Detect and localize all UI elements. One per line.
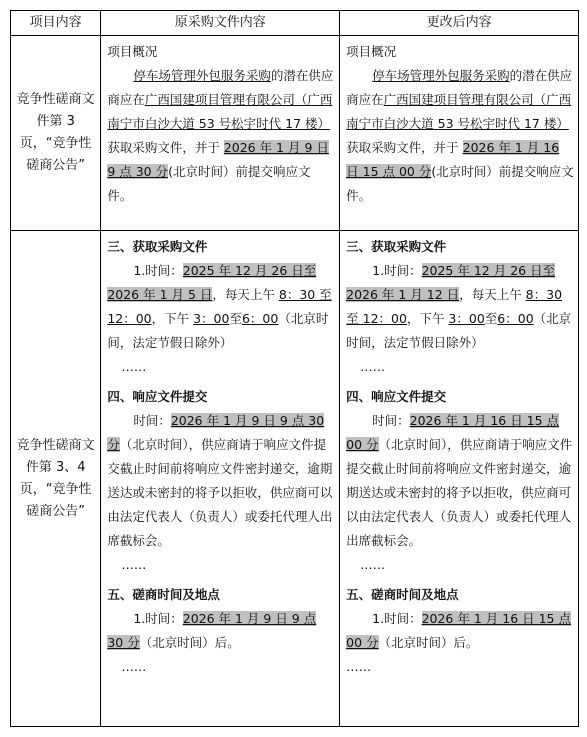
changed-cell: 三、获取采购文件 1.时间：2025 年 12 月 26 日至 2026 年 1…: [340, 231, 579, 727]
paragraph: 1.时间：2026 年 1 月 16 日 15 点 00 分（北京时间）后。: [346, 607, 574, 655]
paragraph: 1.时间：2025 年 12 月 26 日至 2026 年 1 月 12 日，每…: [346, 259, 574, 355]
ellipsis: ……: [107, 655, 335, 679]
change-comparison-table: 项目内容 原采购文件内容 更改后内容 竞争性磋商文件第 3 页，“竞争性磋商公告…: [10, 10, 579, 727]
header-item: 项目内容: [11, 11, 101, 36]
section-title: 三、获取采购文件: [107, 235, 335, 259]
item-label: 竞争性磋商文件第 3 页，“竞争性磋商公告”: [11, 89, 100, 177]
header-changed: 更改后内容: [340, 11, 579, 36]
paragraph: 时间：2026 年 1 月 9 日 9 点 30 分（北京时间），供应商请于响应…: [107, 409, 335, 553]
item-cell: 竞争性磋商文件第 3、4 页，“竞争性磋商公告”: [11, 231, 101, 727]
changed-cell: 项目概况 停车场管理外包服务采购的潜在供应商应在广西国建项目管理有限公司（广西南…: [340, 36, 579, 231]
item-label: 竞争性磋商文件第 3、4 页，“竞争性磋商公告”: [11, 435, 100, 523]
section-title: 四、响应文件提交: [346, 385, 574, 409]
ellipsis: ……: [346, 355, 574, 379]
header-row: 项目内容 原采购文件内容 更改后内容: [11, 11, 579, 36]
ellipsis: ……: [107, 553, 335, 577]
paragraph: 时间：2026 年 1 月 16 日 15 点 00 分（北京时间），供应商请于…: [346, 409, 574, 553]
section-title: 三、获取采购文件: [346, 235, 574, 259]
ellipsis: ……: [107, 355, 335, 379]
section-title: 项目概况: [346, 40, 574, 64]
table-row: 竞争性磋商文件第 3、4 页，“竞争性磋商公告” 三、获取采购文件 1.时间：2…: [11, 231, 579, 727]
paragraph: 停车场管理外包服务采购的潜在供应商应在广西国建项目管理有限公司（广西南宁市白沙大…: [107, 64, 335, 208]
paragraph: 停车场管理外包服务采购的潜在供应商应在广西国建项目管理有限公司（广西南宁市白沙大…: [346, 64, 574, 208]
section-title: 项目概况: [107, 40, 335, 64]
section-title: 五、磋商时间及地点: [107, 583, 335, 607]
original-cell: 项目概况 停车场管理外包服务采购的潜在供应商应在广西国建项目管理有限公司（广西南…: [101, 36, 340, 231]
paragraph: 1.时间：2026 年 1 月 9 日 9 点 30 分（北京时间）后。: [107, 607, 335, 655]
header-original: 原采购文件内容: [101, 11, 340, 36]
ellipsis: ……: [346, 553, 574, 577]
original-cell: 三、获取采购文件 1.时间：2025 年 12 月 26 日至 2026 年 1…: [101, 231, 340, 727]
section-title: 五、磋商时间及地点: [346, 583, 574, 607]
ellipsis: ……: [346, 655, 574, 679]
table-row: 竞争性磋商文件第 3 页，“竞争性磋商公告” 项目概况 停车场管理外包服务采购的…: [11, 36, 579, 231]
section-title: 四、响应文件提交: [107, 385, 335, 409]
item-cell: 竞争性磋商文件第 3 页，“竞争性磋商公告”: [11, 36, 101, 231]
paragraph: 1.时间：2025 年 12 月 26 日至 2026 年 1 月 5 日，每天…: [107, 259, 335, 355]
